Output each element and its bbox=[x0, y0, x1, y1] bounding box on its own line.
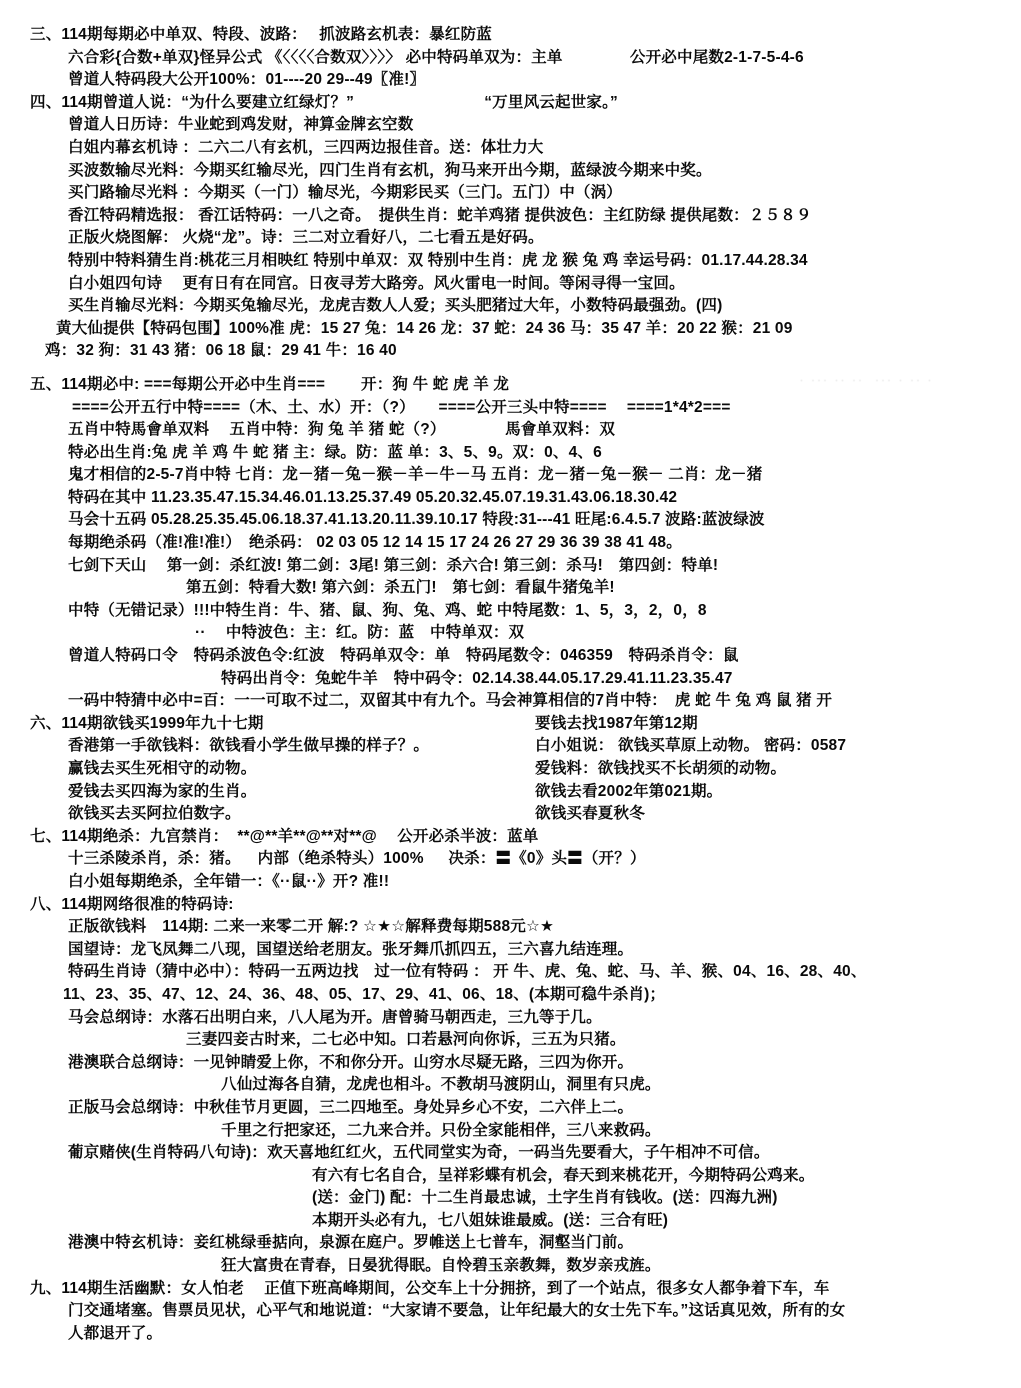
section-heading-line: 七、114期绝杀：九宫禁肖： **@**羊**@**对**@ 公开必杀半波：蓝单 bbox=[0, 826, 1021, 849]
text-line: 八仙过海各自猜，龙虎也相斗。不教胡马渡阴山，洞里有只虎。 bbox=[0, 1074, 1021, 1097]
text-line: 狂大富贵在青春，日晏犹得眠。自怜碧玉亲教舞，数岁亲戎旌。 bbox=[0, 1255, 1021, 1278]
line-text: 第五剑：特看大数! 第六剑：杀五门! 第七剑：看鼠牛猪兔羊! bbox=[186, 579, 615, 596]
line-text: 曾道人日历诗：牛业蛇到鸡发财，神算金牌玄空数 bbox=[68, 116, 413, 133]
line-text: 香江特码精选报： 香江话特码：一八之奇。 提供生肖：蛇羊鸡猪 提供波色：主红防绿… bbox=[68, 207, 812, 224]
text-line: 千里之行把家还，二九来合并。只份全家能相伴，三八来救码。 bbox=[0, 1120, 1021, 1143]
text-line: 曾道人特码口令 特码杀波色令:红波 特码单双令：单 特码尾数令：046359 特… bbox=[0, 645, 1021, 668]
line-text: 11、23、35、47、12、24、36、48、05、17、29、41、06、1… bbox=[63, 986, 665, 1003]
line-text: 特码生肖诗（猜中必中）：特码一五两边找 过一位有特码 ： 开 牛、虎、兔、蛇、马… bbox=[68, 963, 867, 980]
text-line: 鸡：32 狗：31 43 猪：06 18 鼠：29 41 牛：16 40 bbox=[0, 340, 1021, 363]
section-heading-line: 九、114期生活幽默：女人怕老 正值下班高峰期间，公交车上十分拥挤，到了一个站点… bbox=[0, 1278, 1021, 1301]
line-text: 七剑下天山 第一剑：杀红波! 第二剑：3尾! 第三剑：杀六合! 第三剑：杀马! … bbox=[68, 557, 718, 574]
text-line: 正版马会总纲诗：中秋佳节月更圆，三二四地至。身处异乡心不安，二六伴上二。 bbox=[0, 1097, 1021, 1120]
text-line: 鬼才相信的2-5-7肖中特 七肖：龙－猪－兔－猴－羊－牛－马 五肖：龙－猪－兔－… bbox=[0, 464, 1021, 487]
text-line: 特码在其中 11.23.35.47.15.34.46.01.13.25.37.4… bbox=[0, 487, 1021, 510]
text-line: 有六有七名自合，呈祥彩蝶有机会，春天到来桃花开，今期特码公鸡来。 bbox=[0, 1165, 1021, 1188]
text-line: 正版火烧图解： 火烧“龙”。诗：三二对立看好八，二七看五是好码。 bbox=[0, 227, 1021, 250]
line-text: 六合彩{合数+单双}怪异公式 《〈〈〈〈合数双〉〉〉〉 必中特码单双为：主单 公… bbox=[68, 49, 804, 66]
line-text: 十三杀陵杀肖，杀：猪。 内部（绝杀特头）100% 决杀：〓《0》头〓（开？） bbox=[68, 850, 646, 867]
text-line: 曾道人日历诗：牛业蛇到鸡发财，神算金牌玄空数 bbox=[0, 114, 1021, 137]
line-text: 买波数输尽光料：今期买红输尽光，四门生肖有玄机，狗马来开出今期，蓝绿波今期来中奖… bbox=[68, 162, 712, 179]
line-text: 四、114期曾道人说：“为什么要建立红绿灯？” “万里风云起世家。” bbox=[30, 94, 618, 111]
line-text: 马会总纲诗：水落石出明白来，八人尾为开。唐曾骑马朝西走，三九等于几。 bbox=[68, 1009, 602, 1026]
line-text: 中特（无错记录）!!!中特生肖：牛、猪、鼠、狗、兔、鸡、蛇 中特尾数：1、5，3… bbox=[68, 602, 707, 619]
text-line: 买波数输尽光料：今期买红输尽光，四门生肖有玄机，狗马来开出今期，蓝绿波今期来中奖… bbox=[0, 160, 1021, 183]
text-line: 第五剑：特看大数! 第六剑：杀五门! 第七剑：看鼠牛猪兔羊! bbox=[0, 577, 1021, 600]
text-line: 曾道人特码段大公开100%：01----20 29--49〖准!〗 bbox=[0, 69, 1021, 92]
text-line: 正版欲钱料 114期: 二来一来零二开 解:? ☆★☆解释费每期588元☆★ bbox=[0, 916, 1021, 939]
right-column-text: 白小姐说： 欲钱买草原上动物。 密码：0587 bbox=[535, 735, 846, 758]
text-line: 特码出肖令：兔蛇牛羊 特中码令：02.14.38.44.05.17.29.41.… bbox=[0, 668, 1021, 691]
line-text: 千里之行把家还，二九来合并。只份全家能相伴，三八来救码。 bbox=[221, 1122, 661, 1139]
line-text: 港澳中特玄机诗：妾红桃绿垂掂向，泉源在庭户。罗帷送上七普车，洞壑当门前。 bbox=[68, 1234, 633, 1251]
text-line: 门交通堵塞。售票员见状，心平气和地说道：“大家请不要急，让年纪最大的女士先下车。… bbox=[0, 1300, 1021, 1323]
text-line: 马会总纲诗：水落石出明白来，八人尾为开。唐曾骑马朝西走，三九等于几。 bbox=[0, 1007, 1021, 1030]
line-text: 五肖中特馬會单双料 五肖中特：狗 兔 羊 猪 蛇（?） 馬會单双料：双 bbox=[68, 421, 615, 438]
text-line: 三妻四妾古时来，二七必中知。口若悬河向你诉，三五为只猪。 bbox=[0, 1029, 1021, 1052]
line-text: 人都退开了。 bbox=[68, 1325, 162, 1342]
line-text: 特码出肖令：兔蛇牛羊 特中码令：02.14.38.44.05.17.29.41.… bbox=[221, 670, 733, 687]
line-text: 一码中特猜中必中=百：一一可取不过二，双留其中有九个。马会神算相信的7肖中特： … bbox=[68, 692, 832, 709]
line-text: 国望诗：龙飞凤舞二八现，国望送给老朋友。张牙舞爪抓四五，三六喜九结连理。 bbox=[68, 941, 633, 958]
text-line: 港澳联合总纲诗：一见钟睛爱上你，不和你分开。山穷水尽疑无路，三四为你开。 bbox=[0, 1052, 1021, 1075]
line-text: 曾道人特码口令 特码杀波色令:红波 特码单双令：单 特码尾数令：046359 特… bbox=[68, 647, 739, 664]
text-line: 白小姐四句诗 更有日有在同宫。日夜寻芳大路旁。风火雷电一时间。等闲寻得一宝回。 bbox=[0, 273, 1021, 296]
line-text: 欲钱买去买阿拉伯数字。 bbox=[68, 805, 241, 822]
text-line: 特必出生肖:兔 虎 羊 鸡 牛 蛇 猪 主：绿。防：蓝 单：3、5、9。双：0、… bbox=[0, 442, 1021, 465]
right-column-text: 欲钱买春夏秋冬 bbox=[535, 803, 645, 826]
text-line: 11、23、35、47、12、24、36、48、05、17、29、41、06、1… bbox=[0, 984, 1021, 1007]
text-line: ·· 中特波色：主：红。防：蓝 中特单双：双 bbox=[0, 622, 1021, 645]
line-text: 八仙过海各自猜，龙虎也相斗。不教胡马渡阴山，洞里有只虎。 bbox=[221, 1076, 661, 1093]
line-text: 九、114期生活幽默：女人怕老 正值下班高峰期间，公交车上十分拥挤，到了一个站点… bbox=[30, 1280, 829, 1297]
line-text: 曾道人特码段大公开100%：01----20 29--49〖准!〗 bbox=[68, 71, 425, 88]
text-line: 香江特码精选报： 香江话特码：一八之奇。 提供生肖：蛇羊鸡猪 提供波色：主红防绿… bbox=[0, 205, 1021, 228]
right-column-text: 要钱去找1987年第12期 bbox=[535, 713, 698, 736]
section-heading-line: 三、114期每期必中单双、特段、波路： 抓波路玄机表：暴红防蓝 bbox=[0, 24, 1021, 47]
text-line: 六合彩{合数+单双}怪异公式 《〈〈〈〈合数双〉〉〉〉 必中特码单双为：主单 公… bbox=[0, 47, 1021, 70]
text-line: 每期绝杀码（准!准!准!） 绝杀码： 02 03 05 12 14 15 17 … bbox=[0, 532, 1021, 555]
text-line: 白小姐每期绝杀，全年错一：《··鼠··》开? 准!! bbox=[0, 871, 1021, 894]
line-text: 爱钱去买四海为家的生肖。 bbox=[68, 783, 256, 800]
line-text: 港澳联合总纲诗：一见钟睛爱上你，不和你分开。山穷水尽疑无路，三四为你开。 bbox=[68, 1054, 633, 1071]
text-line: 黄大仙提供【特码包围】100%准 虎：15 27 兔：14 26 龙：37 蛇：… bbox=[0, 318, 1021, 341]
line-text: 七、114期绝杀：九宫禁肖： **@**羊**@**对**@ 公开必杀半波：蓝单 bbox=[30, 828, 539, 845]
line-text: 每期绝杀码（准!准!准!） 绝杀码： 02 03 05 12 14 15 17 … bbox=[68, 534, 682, 551]
section-heading-line: 六、114期欲钱买1999年九十七期要钱去找1987年第12期 bbox=[0, 713, 1021, 736]
text-line: 国望诗：龙飞凤舞二八现，国望送给老朋友。张牙舞爪抓四五，三六喜九结连理。 bbox=[0, 939, 1021, 962]
line-text: 鬼才相信的2-5-7肖中特 七肖：龙－猪－兔－猴－羊－牛－马 五肖：龙－猪－兔－… bbox=[68, 466, 762, 483]
line-text: (送：金门) 配：十二生肖最忠诚，土字生肖有钱收。(送：四海九洲) bbox=[312, 1189, 778, 1206]
line-text: 买门路输尽光料 ：今期买（一门）输尽光，今期彩民买（三门。五门）中（涡） bbox=[68, 184, 622, 201]
text-line: 本期开头必有九，七八姐妹谁最威。(送：三合有旺) bbox=[0, 1210, 1021, 1233]
text-line: 特别中特料猜生肖:桃花三月相映红 特别中单双：双 特别中生肖：虎 龙 猴 兔 鸡… bbox=[0, 250, 1021, 273]
line-text: 正版马会总纲诗：中秋佳节月更圆，三二四地至。身处异乡心不安，二六伴上二。 bbox=[68, 1099, 633, 1116]
text-line: ====公开五行中特====（木、土、水）开：（?） ====公开三头中特===… bbox=[0, 397, 1021, 420]
line-text: 八、114期网络很准的特码诗: bbox=[30, 896, 234, 913]
text-line: 白姐内幕玄机诗 ：二六二八有玄机，三四两边报佳音。送：体壮力大 bbox=[0, 137, 1021, 160]
text-line: 中特（无错记录）!!!中特生肖：牛、猪、鼠、狗、兔、鸡、蛇 中特尾数：1、5，3… bbox=[0, 600, 1021, 623]
text-line: 港澳中特玄机诗：妾红桃绿垂掂向，泉源在庭户。罗帷送上七普车，洞壑当门前。 bbox=[0, 1232, 1021, 1255]
line-text: 特别中特料猜生肖:桃花三月相映红 特别中单双：双 特别中生肖：虎 龙 猴 兔 鸡… bbox=[68, 252, 808, 269]
line-text: 黄大仙提供【特码包围】100%准 虎：15 27 兔：14 26 龙：37 蛇：… bbox=[56, 320, 793, 337]
line-text: 六、114期欲钱买1999年九十七期 bbox=[30, 715, 264, 732]
text-line: 十三杀陵杀肖，杀：猪。 内部（绝杀特头）100% 决杀：〓《0》头〓（开？） bbox=[0, 848, 1021, 871]
text-line: 一码中特猜中必中=百：一一可取不过二，双留其中有九个。马会神算相信的7肖中特： … bbox=[0, 690, 1021, 713]
line-text: 葡京赌侠(生肖特码八句诗)：欢天喜地红红火，五代同堂实为奇，一码当先要看大，子午… bbox=[68, 1144, 770, 1161]
text-line: 买生肖输尽光料：今期买兔输尽光，龙虎吉数人人爱；买头肥猪过大年，小数特码最强劲。… bbox=[0, 295, 1021, 318]
line-text: 白小姐四句诗 更有日有在同宫。日夜寻芳大路旁。风火雷电一时间。等闲寻得一宝回。 bbox=[68, 275, 685, 292]
section-heading-line: 四、114期曾道人说：“为什么要建立红绿灯？” “万里风云起世家。” bbox=[0, 92, 1021, 115]
section-heading-line: 五、114期必中: ===每期公开必中生肖=== 开：狗 牛 蛇 虎 羊 龙· … bbox=[0, 374, 1021, 397]
right-column-text: 欲钱去看2002年第021期。 bbox=[535, 781, 722, 804]
line-text: 有六有七名自合，呈祥彩蝶有机会，春天到来桃花开，今期特码公鸡来。 bbox=[312, 1167, 814, 1184]
text-line: 人都退开了。 bbox=[0, 1323, 1021, 1346]
line-text: 香港第一手欲钱料：欲钱看小学生做早操的样子？。 bbox=[68, 737, 429, 754]
text-line: 五肖中特馬會单双料 五肖中特：狗 兔 羊 猪 蛇（?） 馬會单双料：双 bbox=[0, 419, 1021, 442]
document-page: 三、114期每期必中单双、特段、波路： 抓波路玄机表：暴红防蓝六合彩{合数+单双… bbox=[0, 0, 1021, 1388]
line-text: 狂大富贵在青春，日晏犹得眠。自怜碧玉亲教舞，数岁亲戎旌。 bbox=[221, 1257, 661, 1274]
text-line: 七剑下天山 第一剑：杀红波! 第二剑：3尾! 第三剑：杀六合! 第三剑：杀马! … bbox=[0, 555, 1021, 578]
line-text: 三、114期每期必中单双、特段、波路： 抓波路玄机表：暴红防蓝 bbox=[30, 26, 492, 43]
line-text: 马会十五码 05.28.25.35.45.06.18.37.41.13.20.1… bbox=[68, 511, 765, 528]
line-text: 特必出生肖:兔 虎 羊 鸡 牛 蛇 猪 主：绿。防：蓝 单：3、5、9。双：0、… bbox=[68, 444, 602, 461]
text-line: 特码生肖诗（猜中必中）：特码一五两边找 过一位有特码 ： 开 牛、虎、兔、蛇、马… bbox=[0, 961, 1021, 984]
line-text: 正版欲钱料 114期: 二来一来零二开 解:? ☆★☆解释费每期588元☆★ bbox=[68, 918, 554, 935]
text-line: 欲钱买去买阿拉伯数字。欲钱买春夏秋冬 bbox=[0, 803, 1021, 826]
right-column-text: 爱钱料：欲钱找买不长胡须的动物。 bbox=[535, 758, 786, 781]
text-line: (送：金门) 配：十二生肖最忠诚，土字生肖有钱收。(送：四海九洲) bbox=[0, 1187, 1021, 1210]
document-text-block: 三、114期每期必中单双、特段、波路： 抓波路玄机表：暴红防蓝六合彩{合数+单双… bbox=[0, 24, 1021, 1345]
text-line: 香港第一手欲钱料：欲钱看小学生做早操的样子？。白小姐说： 欲钱买草原上动物。 密… bbox=[0, 735, 1021, 758]
text-line: 赢钱去买生死相守的动物。爱钱料：欲钱找买不长胡须的动物。 bbox=[0, 758, 1021, 781]
line-text: 正版火烧图解： 火烧“龙”。诗：三二对立看好八，二七看五是好码。 bbox=[68, 229, 544, 246]
faint-smudge: · ··· ·· ·· ··· · ·· · bbox=[800, 369, 934, 392]
line-text: 赢钱去买生死相守的动物。 bbox=[68, 760, 256, 777]
text-line: 买门路输尽光料 ：今期买（一门）输尽光，今期彩民买（三门。五门）中（涡） bbox=[0, 182, 1021, 205]
line-text: 鸡：32 狗：31 43 猪：06 18 鼠：29 41 牛：16 40 bbox=[45, 342, 397, 359]
line-text: 买生肖输尽光料：今期买兔输尽光，龙虎吉数人人爱；买头肥猪过大年，小数特码最强劲。… bbox=[68, 297, 722, 314]
line-text: 门交通堵塞。售票员见状，心平气和地说道：“大家请不要急，让年纪最大的女士先下车。… bbox=[68, 1302, 845, 1319]
line-text: 特码在其中 11.23.35.47.15.34.46.01.13.25.37.4… bbox=[68, 489, 677, 506]
line-text: 五、114期必中: ===每期公开必中生肖=== 开：狗 牛 蛇 虎 羊 龙 bbox=[30, 376, 509, 393]
line-text: ====公开五行中特====（木、土、水）开：（?） ====公开三头中特===… bbox=[72, 399, 731, 416]
line-text: 白小姐每期绝杀，全年错一：《··鼠··》开? 准!! bbox=[68, 873, 389, 890]
text-line: 爱钱去买四海为家的生肖。欲钱去看2002年第021期。 bbox=[0, 781, 1021, 804]
section-heading-line: 八、114期网络很准的特码诗: bbox=[0, 894, 1021, 917]
line-text: ·· 中特波色：主：红。防：蓝 中特单双：双 bbox=[195, 624, 524, 641]
line-text: 三妻四妾古时来，二七必中知。口若悬河向你诉，三五为只猪。 bbox=[186, 1031, 626, 1048]
text-line: 葡京赌侠(生肖特码八句诗)：欢天喜地红红火，五代同堂实为奇，一码当先要看大，子午… bbox=[0, 1142, 1021, 1165]
line-text: 白姐内幕玄机诗 ：二六二八有玄机，三四两边报佳音。送：体壮力大 bbox=[68, 139, 544, 156]
text-line: 马会十五码 05.28.25.35.45.06.18.37.41.13.20.1… bbox=[0, 509, 1021, 532]
line-text: 本期开头必有九，七八姐妹谁最威。(送：三合有旺) bbox=[312, 1212, 668, 1229]
